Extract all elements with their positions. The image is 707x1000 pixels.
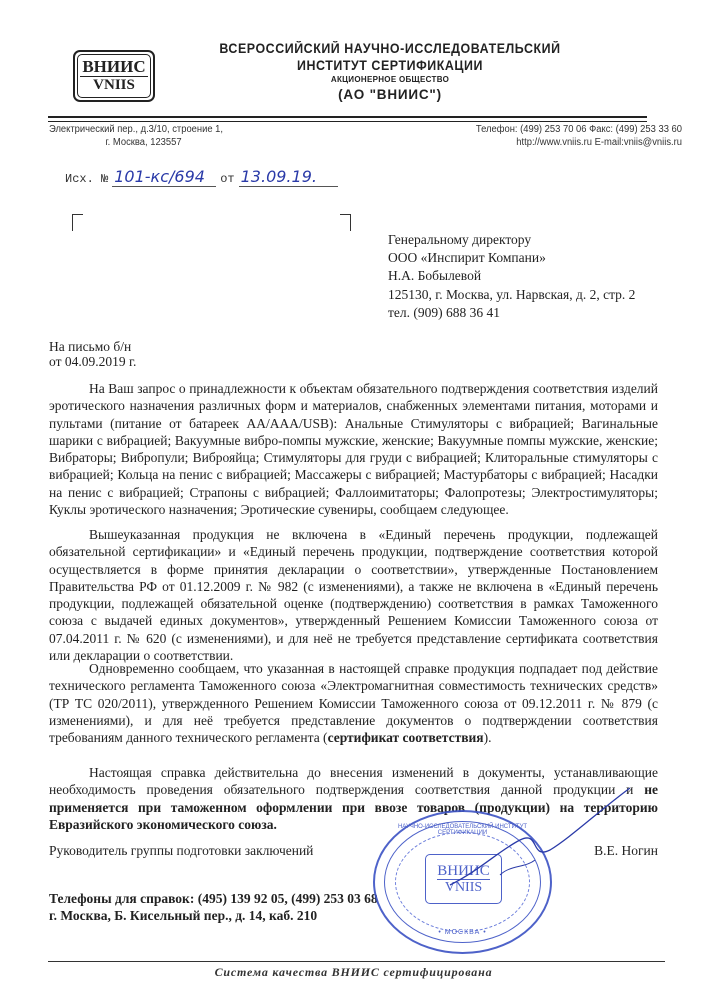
address-line-1: Электрический пер., д.3/10, строение 1, (49, 124, 223, 137)
org-line-1: ВСЕРОССИЙСКИЙ НАУЧНО-ИССЛЕДОВАТЕЛЬСКИЙ (215, 40, 565, 57)
quality-system-footer: Система качества ВНИИС сертифицирована (0, 965, 707, 980)
paragraph-text-bold: сертификат соответствия (328, 730, 484, 745)
stamp-arc-text: НАУЧНО-ИССЛЕДОВАТЕЛЬСКИЙ ИНСТИТУТ СЕРТИФ… (375, 824, 550, 836)
stamp-logo-en: VNIIS (445, 880, 482, 896)
logo-text-ru: ВНИИС (80, 58, 147, 77)
in-reply-to: На письмо б/н от 04.09.2019 г. (49, 339, 136, 369)
paragraph-text: Вышеуказанная продукция не включена в «Е… (49, 526, 658, 664)
stamp-logo-ru: ВНИИС (437, 863, 490, 880)
org-line-4: (АО "ВНИИС") (200, 86, 580, 103)
reference-date: 13.09.19. (239, 167, 338, 187)
header-divider-thick (48, 116, 647, 118)
outgoing-reference: Исх. № 101-кс/694 от 13.09.19. (65, 167, 338, 187)
in-reply-line-2: от 04.09.2019 г. (49, 354, 136, 369)
body-paragraph-1: На Ваш запрос о принадлежности к объекта… (49, 380, 658, 518)
reference-contacts: Телефоны для справок: (495) 139 92 05, (… (49, 890, 378, 924)
address-corner-mark-left (72, 214, 83, 231)
signer-name: В.Е. Ногин (594, 843, 658, 859)
paragraph-text: Настоящая справка действительна до внесе… (49, 764, 658, 833)
address-line-2: г. Москва, 123557 (49, 137, 223, 150)
stamp-city: • МОСКВА • (375, 929, 550, 936)
footer-divider (48, 961, 665, 962)
paragraph-text: Одновременно сообщаем, что указанная в н… (49, 660, 658, 746)
reference-address: г. Москва, Б. Кисельный пер., д. 14, каб… (49, 907, 378, 924)
addressee-line-1: Генеральному директору (388, 231, 635, 249)
org-line-3: АКЦИОНЕРНОЕ ОБЩЕСТВО (200, 74, 580, 86)
in-reply-line-1: На письмо б/н (49, 339, 136, 354)
body-paragraph-4: Настоящая справка действительна до внесе… (49, 764, 658, 833)
paragraph-text: На Ваш запрос о принадлежности к объекта… (49, 380, 658, 518)
address-corner-mark-right (340, 214, 351, 231)
paragraph-text-regular: Настоящая справка действительна до внесе… (49, 765, 658, 797)
reference-prefix: Исх. № (65, 172, 108, 186)
org-contacts: Телефон: (499) 253 70 06 Факс: (499) 253… (400, 124, 682, 149)
reference-date-prefix: от (220, 172, 234, 186)
reference-number: 101-кс/694 (112, 167, 216, 187)
body-paragraph-3: Одновременно сообщаем, что указанная в н… (49, 660, 658, 746)
paragraph-text-end: ). (484, 730, 492, 745)
org-address: Электрический пер., д.3/10, строение 1, … (49, 124, 223, 149)
addressee-line-3: Н.А. Бобылевой (388, 267, 635, 285)
addressee-line-2: ООО «Инспирит Компани» (388, 249, 635, 267)
vniis-logo: ВНИИС VNIIS (73, 50, 155, 102)
logo-text-en: VNIIS (93, 77, 135, 94)
stamp-logo: ВНИИС VNIIS (425, 854, 502, 904)
body-paragraph-2: Вышеуказанная продукция не включена в «Е… (49, 526, 658, 664)
web-email-line: http://www.vniis.ru E-mail:vniis@vniis.r… (400, 137, 682, 150)
addressee-line-5: тел. (909) 688 36 41 (388, 304, 635, 322)
addressee-block: Генеральному директору ООО «Инспирит Ком… (388, 231, 635, 322)
addressee-line-4: 125130, г. Москва, ул. Нарвская, д. 2, с… (388, 286, 635, 304)
phone-fax-line: Телефон: (499) 253 70 06 Факс: (499) 253… (400, 124, 682, 137)
organization-name: ВСЕРОССИЙСКИЙ НАУЧНО-ИССЛЕДОВАТЕЛЬСКИЙ И… (200, 40, 580, 103)
letter-page: ВНИИС VNIIS ВСЕРОССИЙСКИЙ НАУЧНО-ИССЛЕДО… (0, 0, 707, 1000)
header-divider-thin (48, 121, 647, 122)
org-line-2: ИНСТИТУТ СЕРТИФИКАЦИИ (215, 57, 565, 74)
signer-role: Руководитель группы подготовки заключени… (49, 843, 313, 859)
official-stamp: НАУЧНО-ИССЛЕДОВАТЕЛЬСКИЙ ИНСТИТУТ СЕРТИФ… (373, 810, 552, 954)
reference-phones: Телефоны для справок: (495) 139 92 05, (… (49, 890, 378, 907)
